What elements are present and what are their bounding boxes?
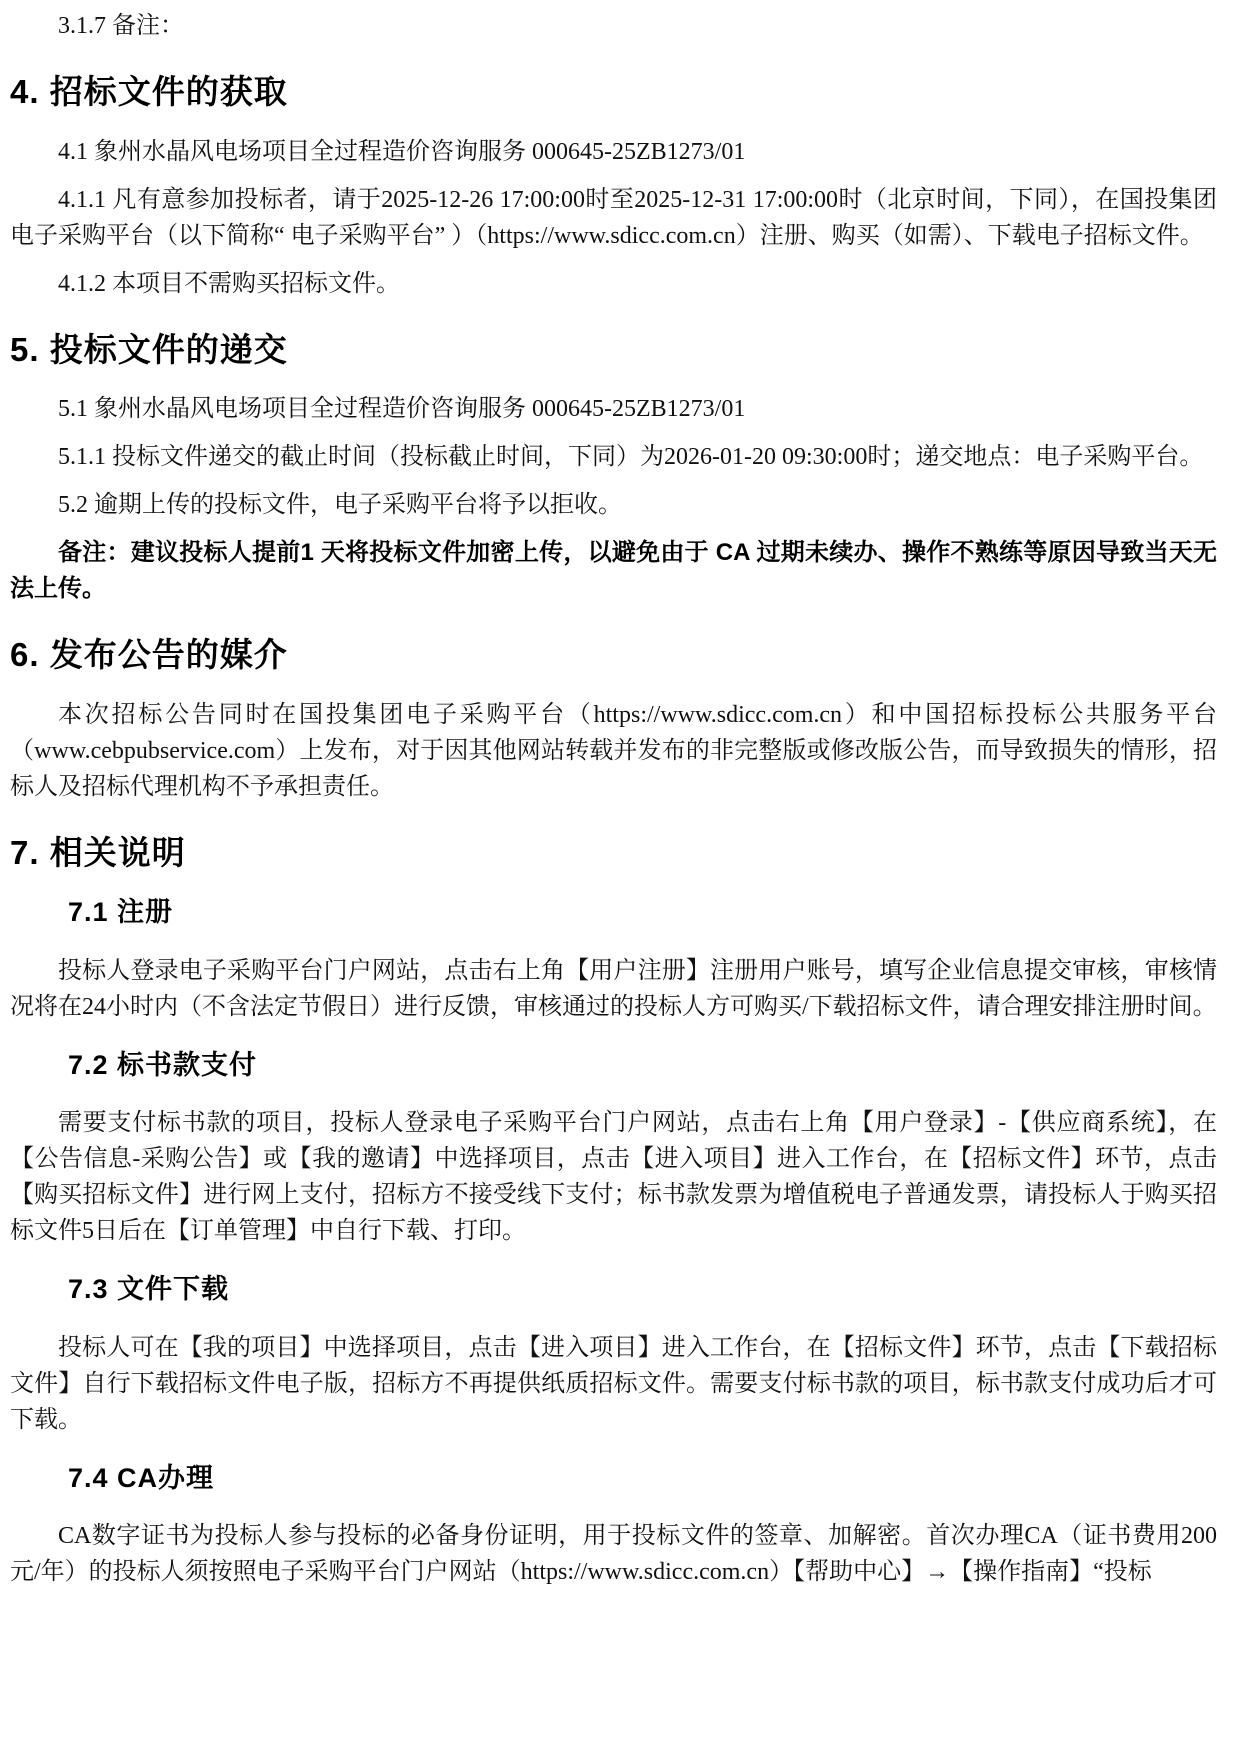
para-3-1-7-remark: 3.1.7 备注： [10,8,1217,44]
para-5-2-late-rejection: 5.2 逾期上传的投标文件，电子采购平台将予以拒收。 [10,487,1217,523]
heading-7-related-notes: 7. 相关说明 [10,833,1217,873]
para-7-3-download-detail: 投标人可在【我的项目】中选择项目，点击【进入项目】进入工作台，在【招标文件】环节… [10,1330,1217,1438]
heading-7-2-document-fee-payment: 7.2 标书款支付 [68,1049,1217,1081]
heading-4-obtain-bid-documents: 4. 招标文件的获取 [10,72,1217,112]
para-bold-remark-upload-early: 备注：建议投标人提前1 天将投标文件加密上传，以避免由于 CA 过期未续办、操作… [10,535,1217,607]
heading-5-bid-submission: 5. 投标文件的递交 [10,330,1217,370]
para-7-2-payment-detail: 需要支付标书款的项目，投标人登录电子采购平台门户网站，点击右上角【用户登录】-【… [10,1105,1217,1249]
para-5-1-project-name: 5.1 象州水晶风电场项目全过程造价咨询服务 000645-25ZB1273/0… [10,391,1217,427]
para-7-4-ca-detail: CA数字证书为投标人参与投标的必备身份证明，用于投标文件的签章、加解密。首次办理… [10,1518,1217,1590]
para-5-1-1-deadline: 5.1.1 投标文件递交的截止时间（投标截止时间，下同）为2026-01-20 … [10,439,1217,475]
heading-7-4-ca-processing: 7.4 CA办理 [68,1462,1217,1494]
heading-6-announcement-media: 6. 发布公告的媒介 [10,635,1217,675]
document-page: 3.1.7 备注： 4. 招标文件的获取 4.1 象州水晶风电场项目全过程造价咨… [0,0,1251,1743]
para-4-1-1-registration-period: 4.1.1 凡有意参加投标者，请于2025-12-26 17:00:00时至20… [10,182,1217,254]
para-6-media-statement: 本次招标公告同时在国投集团电子采购平台（https://www.sdicc.co… [10,697,1217,805]
para-7-1-registration-detail: 投标人登录电子采购平台门户网站，点击右上角【用户注册】注册用户账号，填写企业信息… [10,953,1217,1025]
para-4-1-2-no-purchase: 4.1.2 本项目不需购买招标文件。 [10,266,1217,302]
heading-7-1-registration: 7.1 注册 [68,896,1217,928]
para-4-1-project-name: 4.1 象州水晶风电场项目全过程造价咨询服务 000645-25ZB1273/0… [10,134,1217,170]
heading-7-3-file-download: 7.3 文件下载 [68,1273,1217,1305]
